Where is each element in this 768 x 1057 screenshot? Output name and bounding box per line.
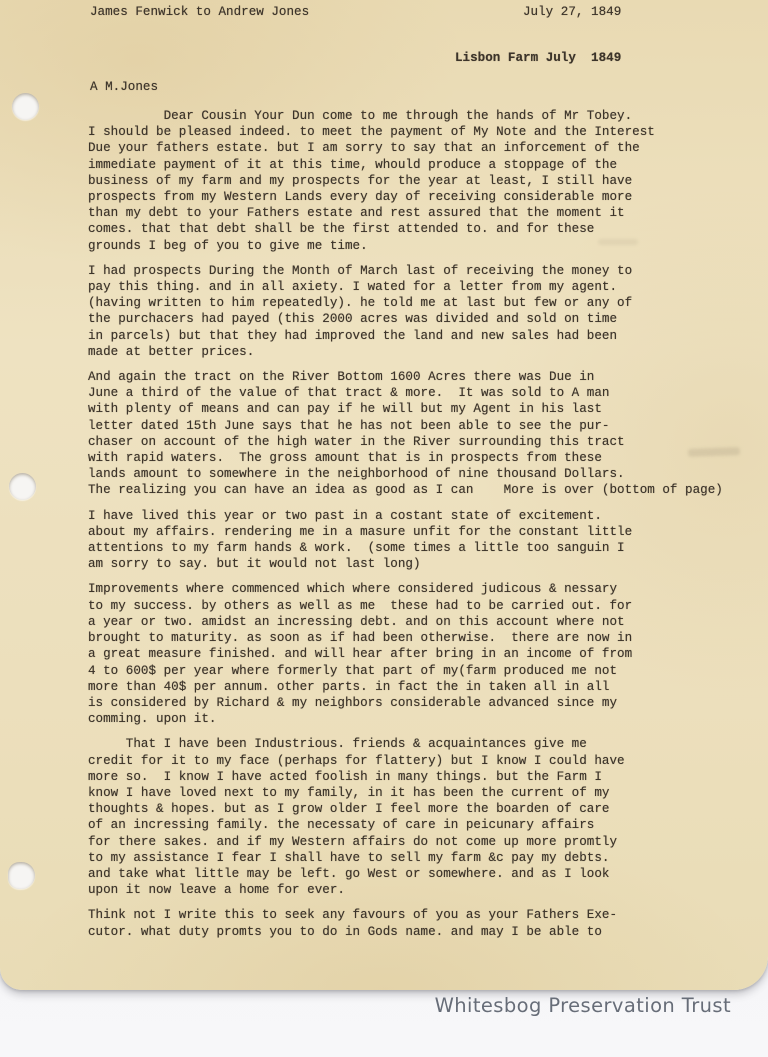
- punch-hole-bottom: [8, 862, 35, 889]
- archive-watermark: Whitesbog Preservation Trust: [435, 994, 731, 1017]
- letter-paragraph: Dear Cousin Your Dun come to me through …: [88, 108, 748, 254]
- punch-hole-top: [12, 93, 39, 120]
- letter-correspondents-line: James Fenwick to Andrew Jones: [90, 4, 309, 20]
- letter-paragraph: I have lived this year or two past in a …: [88, 508, 748, 573]
- letter-body: Dear Cousin Your Dun come to me through …: [88, 108, 748, 949]
- pencil-smudge: [598, 239, 638, 245]
- letter-paragraph: That I have been Industrious. friends & …: [88, 736, 748, 898]
- punch-hole-middle: [9, 473, 36, 500]
- letter-salutation: A M.Jones: [90, 79, 158, 95]
- letter-date: July 27, 1849: [523, 4, 621, 20]
- letter-place-dateline: Lisbon Farm July 1849: [455, 50, 621, 66]
- letter-paragraph: Think not I write this to seek any favou…: [88, 907, 748, 939]
- scan-background: James Fenwick to Andrew Jones July 27, 1…: [0, 0, 768, 1057]
- letter-paragraph: Improvements where commenced which where…: [88, 581, 748, 727]
- letter-paragraph: I had prospects During the Month of Marc…: [88, 263, 748, 360]
- letter-page: James Fenwick to Andrew Jones July 27, 1…: [0, 0, 768, 990]
- letter-paragraph: And again the tract on the River Bottom …: [88, 369, 748, 499]
